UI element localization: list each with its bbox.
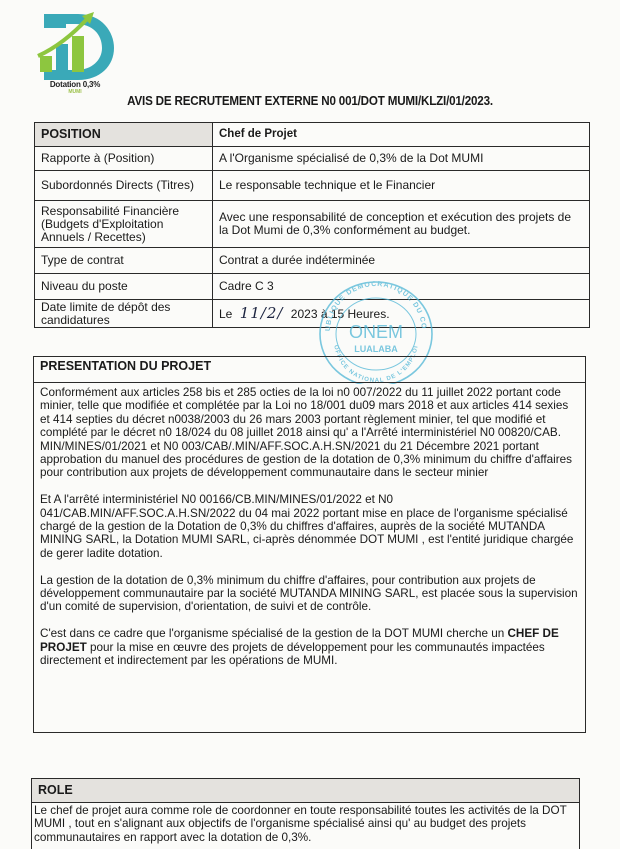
row-value: A l'Organisme spécialisé de 0,3% de la D…: [213, 147, 590, 171]
paragraph: La gestion de la dotation de 0,3% minimu…: [40, 574, 579, 614]
row-label: Responsabilité Financière (Budgets d'Exp…: [35, 201, 213, 248]
role-section: ROLE Le chef de projet aura comme role d…: [31, 778, 580, 849]
svg-text:LUALABA: LUALABA: [354, 344, 398, 354]
table-row: POSITION Chef de Projet: [35, 123, 590, 147]
paragraph: Conformément aux articles 258 bis et 285…: [40, 386, 579, 480]
document-title: AVIS DE RECRUTEMENT EXTERNE N0 001/DOT M…: [22, 94, 599, 108]
row-value: Le responsable technique et le Financier: [213, 171, 590, 201]
row-value: Avec une responsabilité de conception et…: [213, 201, 590, 248]
table-row: Responsabilité Financière (Budgets d'Exp…: [35, 201, 590, 248]
section-body: Conformément aux articles 258 bis et 285…: [34, 383, 585, 667]
svg-text:ONEM: ONEM: [349, 322, 403, 342]
table-row: Rapporte à (Position) A l'Organisme spéc…: [35, 147, 590, 171]
section-body: Le chef de projet aura comme role de coo…: [32, 803, 579, 844]
project-presentation-section: PRESENTATION DU PROJET Conformément aux …: [33, 356, 586, 733]
row-value: Chef de Projet: [213, 123, 590, 147]
table-row: Type de contrat Contrat a durée indéterm…: [35, 248, 590, 274]
row-label: Subordonnés Directs (Titres): [35, 171, 213, 201]
row-label: Rapporte à (Position): [35, 147, 213, 171]
row-label: Type de contrat: [35, 248, 213, 274]
table-row: Subordonnés Directs (Titres) Le responsa…: [35, 171, 590, 201]
handwritten-date: 11/2/: [240, 304, 284, 322]
paragraph: C'est dans ce cadre que l'organisme spéc…: [40, 627, 579, 667]
section-heading: PRESENTATION DU PROJET: [34, 357, 585, 383]
logo-caption: Dotation 0,3%: [30, 80, 120, 89]
paragraph: Et A l'arrêté interministériel N0 00166/…: [40, 493, 579, 560]
row-value: Contrat a durée indéterminée: [213, 248, 590, 274]
row-label: Niveau du poste: [35, 274, 213, 300]
growth-chart-icon: [30, 6, 120, 84]
row-label: Date limite de dépôt des candidatures: [35, 300, 213, 328]
deadline-prefix: Le: [219, 307, 232, 321]
dotation-logo: Dotation 0,3% MUMI: [30, 6, 120, 96]
row-label: POSITION: [35, 123, 213, 147]
section-heading: ROLE: [32, 779, 579, 803]
